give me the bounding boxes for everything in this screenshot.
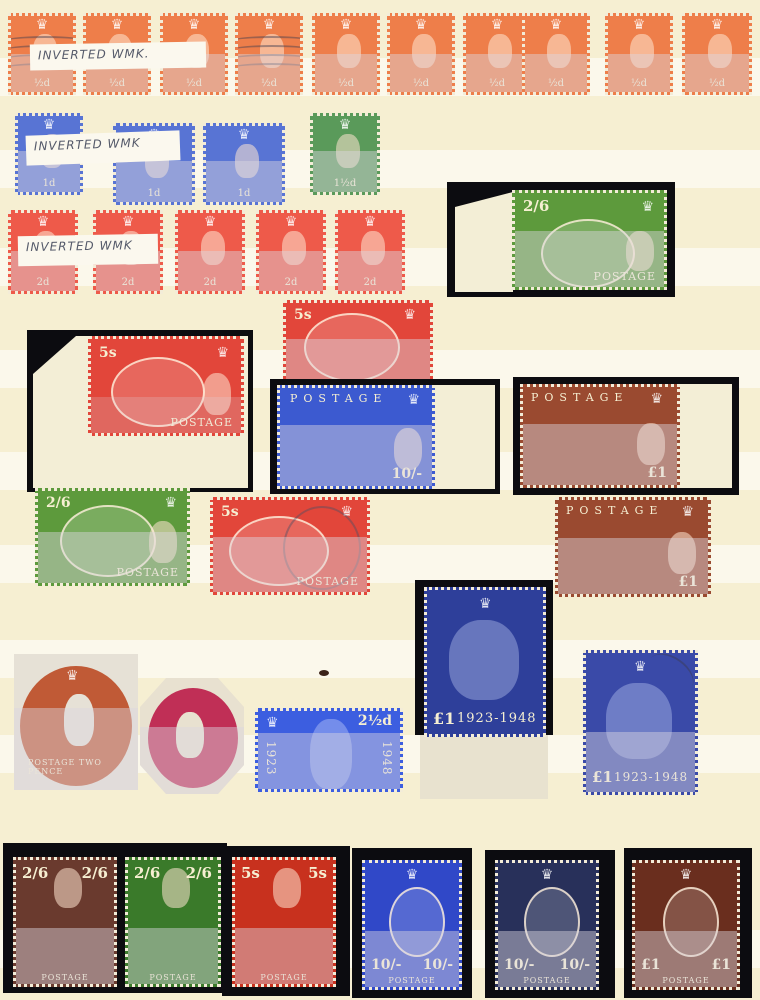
crown-icon: ♛ <box>608 17 670 33</box>
stamp-1-halfpenny-orange-7[interactable]: ♛½d <box>463 13 531 95</box>
crown-icon: ♛ <box>525 17 587 33</box>
value-right: 2/6 <box>82 864 108 882</box>
stamp-arms-5[interactable]: ♛10/-10/-POSTAGE <box>495 860 599 990</box>
value-left: 2/6 <box>22 864 48 882</box>
crown-icon: ♛ <box>216 345 229 361</box>
crown-icon: ♛ <box>259 214 323 230</box>
value-left: 5s <box>241 864 260 882</box>
stamp-1-halfpenny-orange-6[interactable]: ♛½d <box>387 13 455 95</box>
stamp-festival-5s-dover-corner[interactable]: ♛ 5s POSTAGE <box>88 336 244 436</box>
note-inverted-wmk-row1: INVERTED WMK. <box>30 41 206 70</box>
crown-icon: ♛ <box>163 17 225 33</box>
sheet-margin <box>435 385 495 489</box>
crown-icon: ♛ <box>466 17 528 33</box>
value: 2½d <box>358 713 392 729</box>
postage-label: POSTAGE <box>531 391 628 404</box>
crown-icon: ♛ <box>266 715 279 731</box>
stamp-silver-wedding-2-5d[interactable]: ♛ 2½d 1923 1948 <box>255 708 403 792</box>
debris-mark <box>319 670 329 676</box>
stamp-3-twopence-red-4[interactable]: ♛2d <box>256 210 326 294</box>
stamp-2-penny-blue-green-4[interactable]: ♛1½d <box>310 113 380 195</box>
crown-icon: ♛ <box>86 17 148 33</box>
crown-icon: ♛ <box>164 495 177 511</box>
crown-icon: ♛ <box>390 17 452 33</box>
crown-icon: ♛ <box>11 214 75 230</box>
stamp-3-twopence-red-5[interactable]: ♛2d <box>335 210 405 294</box>
royal-couple-portrait <box>449 620 519 700</box>
stamp-arms-4[interactable]: ♛10/-10/-POSTAGE <box>362 860 462 990</box>
stamp-1-halfpenny-orange-10[interactable]: ♛½d <box>682 13 752 95</box>
postage-label: POSTAGE <box>566 504 663 517</box>
sheet-margin <box>420 735 548 799</box>
crown-icon: ♛ <box>479 596 492 612</box>
value-left: 2/6 <box>134 864 160 882</box>
crown-icon: ♛ <box>11 17 73 33</box>
stamp-1-halfpenny-orange-4[interactable]: ♛½d <box>235 13 303 95</box>
crown-icon: ♛ <box>650 391 663 407</box>
value: 5s <box>294 307 312 323</box>
stamp-festival-2s6d-victory[interactable]: ♛ 2/6 POSTAGE <box>512 190 667 290</box>
stamp-1-halfpenny-orange-9[interactable]: ♛½d <box>605 13 673 95</box>
note-inverted-wmk-row3: INVERTED WMK <box>18 234 159 266</box>
stamp-festival-5s-dover[interactable]: ♛ 5s <box>283 300 433 382</box>
crown-icon: ♛ <box>685 17 749 33</box>
value-right: 2/6 <box>186 864 212 882</box>
value-right: 5s <box>308 864 327 882</box>
crown-icon: ♛ <box>365 867 459 883</box>
crown-icon: ♛ <box>238 17 300 33</box>
postage-label: POSTAGE <box>290 392 387 405</box>
crown-icon: ♛ <box>178 214 242 230</box>
dates-label: 1923-1948 <box>457 711 537 726</box>
crown-icon: ♛ <box>338 214 402 230</box>
stamp-festival-1pound-arms-used[interactable]: POSTAGE ♛ £1 <box>555 497 711 597</box>
stamp-arms-1[interactable]: 2/62/6POSTAGE <box>13 857 117 987</box>
stamp-festival-1pound-arms[interactable]: POSTAGE ♛ £1 <box>520 384 680 488</box>
crown-icon: ♛ <box>96 214 160 230</box>
note-inverted-wmk-row2: INVERTED WMK <box>26 130 181 165</box>
crown-icon: ♛ <box>681 504 694 520</box>
value: 2/6 <box>46 495 71 511</box>
crown-icon: ♛ <box>407 392 420 408</box>
crown-icon: ♛ <box>634 659 647 675</box>
stamp-festival-2s6d-victory-used[interactable]: ♛ 2/6 POSTAGE <box>35 488 190 586</box>
stamp-silver-wedding-1pound-used[interactable]: ♛ £1 1923-1948 <box>583 650 698 795</box>
stationery-cutout-2d[interactable]: ♛ POSTAGE TWO PENCE <box>14 654 138 790</box>
stamp-silver-wedding-1pound[interactable]: ♛ £1 1923-1948 <box>424 587 546 737</box>
crown-icon: ♛ <box>313 117 377 133</box>
king-portrait <box>162 868 190 908</box>
crown-icon: ♛ <box>641 199 654 215</box>
sheet-margin <box>680 384 732 488</box>
value: 5s <box>221 504 239 520</box>
king-portrait <box>273 868 301 908</box>
crown-icon: ♛ <box>18 117 80 133</box>
stationery-cutout-1-5d[interactable] <box>140 678 244 794</box>
stamp-arms-3[interactable]: 5s5sPOSTAGE <box>232 857 336 987</box>
crown-icon: ♛ <box>206 127 282 143</box>
crown-icon: ♛ <box>66 668 79 684</box>
crown-icon: ♛ <box>315 17 377 33</box>
value: 2/6 <box>523 197 549 215</box>
king-portrait <box>54 868 82 908</box>
stamp-arms-6[interactable]: ♛£1£1POSTAGE <box>632 860 740 990</box>
stamp-festival-5s-dover-used[interactable]: ♛ 5s POSTAGE <box>210 497 370 595</box>
sheet-margin <box>455 192 513 292</box>
crown-icon: ♛ <box>403 307 416 323</box>
stamp-1-halfpenny-orange-8[interactable]: ♛½d <box>522 13 590 95</box>
stamp-1-halfpenny-orange-5[interactable]: ♛½d <box>312 13 380 95</box>
crown-icon: ♛ <box>635 867 737 883</box>
value: £1 <box>433 709 455 728</box>
stamp-festival-10s-st-george[interactable]: POSTAGE ♛ 10/- <box>277 385 435 489</box>
stamp-2-penny-blue-green-3[interactable]: ♛1d <box>203 123 285 205</box>
value: 5s <box>99 345 117 361</box>
crown-icon: ♛ <box>498 867 596 883</box>
stamp-3-twopence-red-3[interactable]: ♛2d <box>175 210 245 294</box>
stamp-arms-2[interactable]: 2/62/6POSTAGE <box>125 857 221 987</box>
